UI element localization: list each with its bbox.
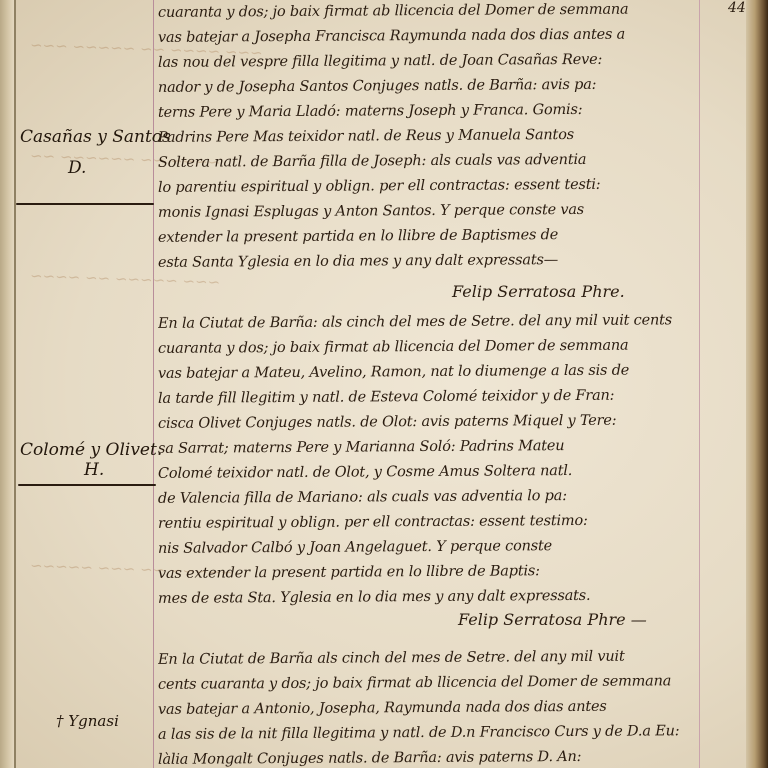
entry-1-line: cuaranta y dos; jo baix firmat ab llicen… [158,1,698,21]
entry-1-line: Soltera natl. de Barña filla de Joseph: … [158,151,698,171]
entry-1-line: esta Santa Yglesia en lo dia mes y any d… [158,251,698,271]
entry-1-line: terns Pere y Maria Lladó: materns Joseph… [158,101,698,121]
right-rule-line [699,0,700,768]
entry-2-line: vas extender la present partida en lo ll… [158,562,698,582]
signature-entry-2: Felip Serratosa Phre — [458,610,647,629]
entry-2-line: mes de esta Sta. Yglesia en lo dia mes y… [158,587,698,607]
binding-edge [0,0,14,768]
entry-1-line: Padrins Pere Mas teixidor natl. de Reus … [158,126,698,146]
entry-2-line: sa Sarrat; materns Pere y Marianna Soló:… [158,437,698,457]
entry-2-line: de Valencia filla de Mariano: als cuals … [158,487,698,507]
entry-2-line: rentiu espiritual y oblign. per ell cont… [158,512,698,532]
entry-2-line: vas batejar a Mateu, Avelino, Ramon, nat… [158,362,698,382]
margin-rule-line [153,0,154,768]
entry-3-line: En la Ciutat de Barña als cinch del mes … [158,648,698,668]
entry-separator [18,484,156,486]
folio-number: 44 [728,0,746,16]
entry-1-line: nador y de Josepha Santos Conjuges natls… [158,76,698,96]
binding-rule [14,0,16,768]
entry-1-line: las nou del vespre filla llegitima y nat… [158,51,698,71]
margin-mark-entry-2: H. [84,460,104,480]
manuscript-page: ~~~ ~~~~ ~~ ~~~~~ ~~~ ~~~~ ~~ ~~~~~~ ~~ … [0,0,768,768]
entry-1-line: lo parentiu espiritual y oblign. per ell… [158,176,698,196]
entry-2-line: cisca Olivet Conjuges natls. de Olot: av… [158,412,698,432]
page-edge [746,0,768,768]
signature-entry-1: Felip Serratosa Phre. [452,282,625,301]
entry-2-line: Colomé teixidor natl. de Olot, y Cosme A… [158,462,698,482]
entry-2-line: nis Salvador Calbó y Joan Angelaguet. Y … [158,537,698,557]
margin-mark-entry-1: D. [68,158,86,178]
margin-name-entry-3: † Ygnasi [56,712,119,730]
entry-1-line: vas batejar a Josepha Francisca Raymunda… [158,26,698,46]
entry-1-line: extender la present partida en lo llibre… [158,226,698,246]
entry-3-line: vas batejar a Antonio, Josepha, Raymunda… [158,698,698,718]
entry-3-line: làlia Mongalt Conjuges natls. de Barña: … [158,748,698,768]
entry-3-line: a las sis de la nit filla llegitima y na… [158,723,698,743]
margin-name-entry-2: Colomé y Olivet. [20,440,162,460]
entry-1-line: monis Ignasi Esplugas y Anton Santos. Y … [158,201,698,221]
entry-3-line: cents cuaranta y dos; jo baix firmat ab … [158,673,698,693]
entry-2-line: cuaranta y dos; jo baix firmat ab llicen… [158,337,698,357]
entry-2-line: En la Ciutat de Barña: als cinch del mes… [158,312,698,332]
entry-2-line: la tarde fill llegitim y natl. de Esteva… [158,387,698,407]
margin-name-entry-1: Casañas y Santos [20,127,171,147]
entry-separator [16,203,154,205]
